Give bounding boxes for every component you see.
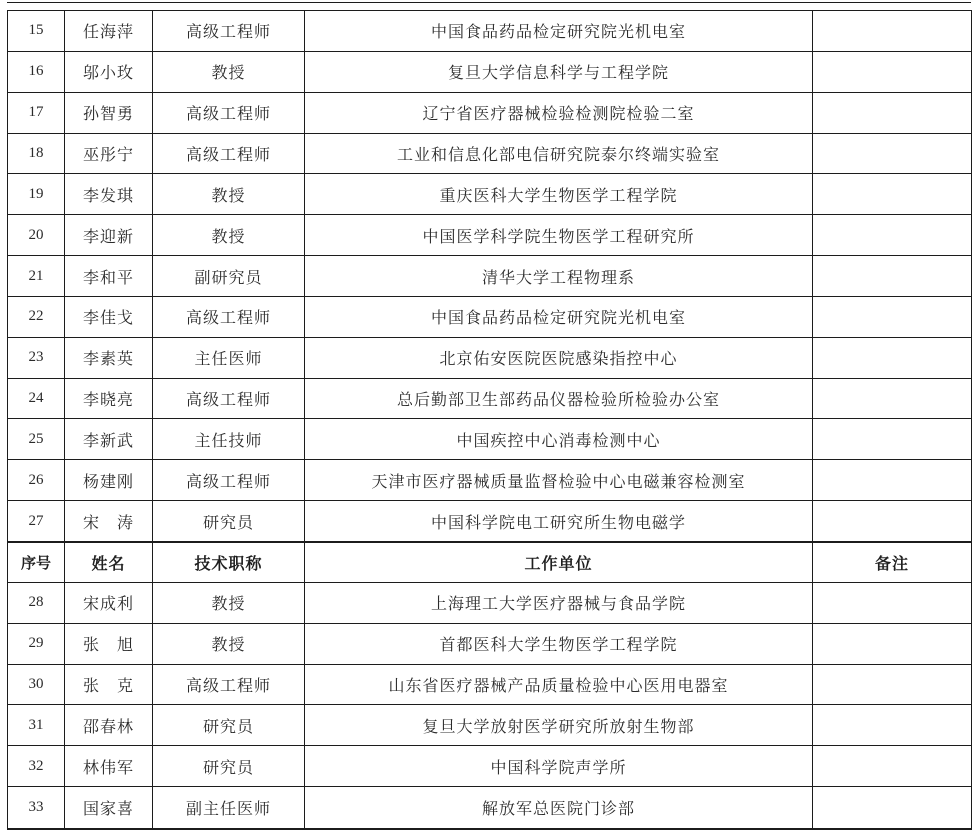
table-row: 32林伟军研究员中国科学院声学所	[8, 746, 971, 787]
serial-cell: 19	[8, 174, 65, 214]
name-cell: 李素英	[65, 338, 153, 378]
note-cell	[813, 11, 971, 51]
serial-cell: 18	[8, 134, 65, 174]
name-cell: 李迎新	[65, 215, 153, 255]
table-row: 17孙智勇高级工程师辽宁省医疗器械检验检测院检验二室	[8, 93, 971, 134]
serial-cell: 28	[8, 583, 65, 623]
title-cell: 研究员	[153, 705, 305, 745]
name-cell: 李发琪	[65, 174, 153, 214]
table-row: 25李新武主任技师中国疾控中心消毒检测中心	[8, 419, 971, 460]
serial-cell: 20	[8, 215, 65, 255]
table-header-row: 序号姓名技术职称工作单位备注	[8, 542, 971, 583]
unit-cell: 总后勤部卫生部药品仪器检验所检验办公室	[305, 379, 813, 419]
title-cell: 高级工程师	[153, 11, 305, 51]
header-name-cell: 姓名	[65, 543, 153, 582]
table-row: 18巫彤宁高级工程师工业和信息化部电信研究院泰尔终端实验室	[8, 134, 971, 175]
title-cell: 高级工程师	[153, 297, 305, 337]
title-cell: 主任技师	[153, 419, 305, 459]
note-cell	[813, 460, 971, 500]
unit-cell: 中国医学科学院生物医学工程研究所	[305, 215, 813, 255]
serial-cell: 23	[8, 338, 65, 378]
header-title-cell: 技术职称	[153, 543, 305, 582]
name-cell: 李新武	[65, 419, 153, 459]
name-cell: 邵春林	[65, 705, 153, 745]
note-cell	[813, 52, 971, 92]
title-cell: 研究员	[153, 501, 305, 541]
table-row: 33国家喜副主任医师解放军总医院门诊部	[8, 787, 971, 828]
name-cell: 宋 涛	[65, 501, 153, 541]
unit-cell: 中国食品药品检定研究院光机电室	[305, 11, 813, 51]
table-row: 20李迎新教授中国医学科学院生物医学工程研究所	[8, 215, 971, 256]
table-row: 27宋 涛研究员中国科学院电工研究所生物电磁学	[8, 501, 971, 542]
name-cell: 任海萍	[65, 11, 153, 51]
header-unit-cell: 工作单位	[305, 543, 813, 582]
table-row: 16邬小玫教授复旦大学信息科学与工程学院	[8, 52, 971, 93]
name-cell: 张 旭	[65, 624, 153, 664]
table-row: 31邵春林研究员复旦大学放射医学研究所放射生物部	[8, 705, 971, 746]
serial-cell: 21	[8, 256, 65, 296]
title-cell: 高级工程师	[153, 379, 305, 419]
name-cell: 林伟军	[65, 746, 153, 786]
unit-cell: 天津市医疗器械质量监督检验中心电磁兼容检测室	[305, 460, 813, 500]
table-row: 28宋成利教授上海理工大学医疗器械与食品学院	[8, 583, 971, 624]
note-cell	[813, 256, 971, 296]
table-row: 19李发琪教授重庆医科大学生物医学工程学院	[8, 174, 971, 215]
unit-cell: 上海理工大学医疗器械与食品学院	[305, 583, 813, 623]
name-cell: 李晓亮	[65, 379, 153, 419]
serial-cell: 26	[8, 460, 65, 500]
serial-cell: 16	[8, 52, 65, 92]
table-row: 24李晓亮高级工程师总后勤部卫生部药品仪器检验所检验办公室	[8, 379, 971, 420]
serial-cell: 27	[8, 501, 65, 541]
note-cell	[813, 338, 971, 378]
expert-roster-table: 15任海萍高级工程师中国食品药品检定研究院光机电室16邬小玫教授复旦大学信息科学…	[7, 10, 972, 830]
note-cell	[813, 501, 971, 541]
note-cell	[813, 93, 971, 133]
serial-cell: 22	[8, 297, 65, 337]
name-cell: 张 克	[65, 665, 153, 705]
note-cell	[813, 705, 971, 745]
name-cell: 孙智勇	[65, 93, 153, 133]
table-cut-border-line	[7, 2, 971, 3]
table-row: 29张 旭教授首都医科大学生物医学工程学院	[8, 624, 971, 665]
serial-cell: 25	[8, 419, 65, 459]
name-cell: 邬小玫	[65, 52, 153, 92]
name-cell: 李佳戈	[65, 297, 153, 337]
name-cell: 巫彤宁	[65, 134, 153, 174]
note-cell	[813, 787, 971, 828]
note-cell	[813, 174, 971, 214]
title-cell: 教授	[153, 174, 305, 214]
title-cell: 高级工程师	[153, 93, 305, 133]
title-cell: 高级工程师	[153, 134, 305, 174]
title-cell: 高级工程师	[153, 665, 305, 705]
title-cell: 高级工程师	[153, 460, 305, 500]
unit-cell: 清华大学工程物理系	[305, 256, 813, 296]
title-cell: 副主任医师	[153, 787, 305, 828]
name-cell: 宋成利	[65, 583, 153, 623]
unit-cell: 解放军总医院门诊部	[305, 787, 813, 828]
unit-cell: 工业和信息化部电信研究院泰尔终端实验室	[305, 134, 813, 174]
header-note-cell: 备注	[813, 543, 971, 582]
serial-cell: 33	[8, 787, 65, 828]
name-cell: 国家喜	[65, 787, 153, 828]
serial-cell: 29	[8, 624, 65, 664]
table-row: 30张 克高级工程师山东省医疗器械产品质量检验中心医用电器室	[8, 665, 971, 706]
title-cell: 研究员	[153, 746, 305, 786]
unit-cell: 中国食品药品检定研究院光机电室	[305, 297, 813, 337]
title-cell: 教授	[153, 624, 305, 664]
serial-cell: 15	[8, 11, 65, 51]
unit-cell: 北京佑安医院医院感染指控中心	[305, 338, 813, 378]
title-cell: 教授	[153, 215, 305, 255]
header-serial-cell: 序号	[8, 543, 65, 582]
note-cell	[813, 624, 971, 664]
note-cell	[813, 665, 971, 705]
unit-cell: 中国科学院电工研究所生物电磁学	[305, 501, 813, 541]
name-cell: 李和平	[65, 256, 153, 296]
table-row: 15任海萍高级工程师中国食品药品检定研究院光机电室	[8, 11, 971, 52]
unit-cell: 山东省医疗器械产品质量检验中心医用电器室	[305, 665, 813, 705]
table-row: 26杨建刚高级工程师天津市医疗器械质量监督检验中心电磁兼容检测室	[8, 460, 971, 501]
serial-cell: 24	[8, 379, 65, 419]
unit-cell: 辽宁省医疗器械检验检测院检验二室	[305, 93, 813, 133]
note-cell	[813, 297, 971, 337]
serial-cell: 30	[8, 665, 65, 705]
title-cell: 教授	[153, 52, 305, 92]
unit-cell: 中国疾控中心消毒检测中心	[305, 419, 813, 459]
table-row: 22李佳戈高级工程师中国食品药品检定研究院光机电室	[8, 297, 971, 338]
title-cell: 教授	[153, 583, 305, 623]
name-cell: 杨建刚	[65, 460, 153, 500]
table-row: 21李和平副研究员清华大学工程物理系	[8, 256, 971, 297]
unit-cell: 复旦大学放射医学研究所放射生物部	[305, 705, 813, 745]
unit-cell: 复旦大学信息科学与工程学院	[305, 52, 813, 92]
serial-cell: 17	[8, 93, 65, 133]
title-cell: 主任医师	[153, 338, 305, 378]
title-cell: 副研究员	[153, 256, 305, 296]
note-cell	[813, 583, 971, 623]
unit-cell: 首都医科大学生物医学工程学院	[305, 624, 813, 664]
unit-cell: 中国科学院声学所	[305, 746, 813, 786]
serial-cell: 31	[8, 705, 65, 745]
document-page: 15任海萍高级工程师中国食品药品检定研究院光机电室16邬小玫教授复旦大学信息科学…	[0, 0, 977, 836]
note-cell	[813, 134, 971, 174]
note-cell	[813, 746, 971, 786]
note-cell	[813, 419, 971, 459]
table-row: 23李素英主任医师北京佑安医院医院感染指控中心	[8, 338, 971, 379]
unit-cell: 重庆医科大学生物医学工程学院	[305, 174, 813, 214]
serial-cell: 32	[8, 746, 65, 786]
note-cell	[813, 379, 971, 419]
note-cell	[813, 215, 971, 255]
